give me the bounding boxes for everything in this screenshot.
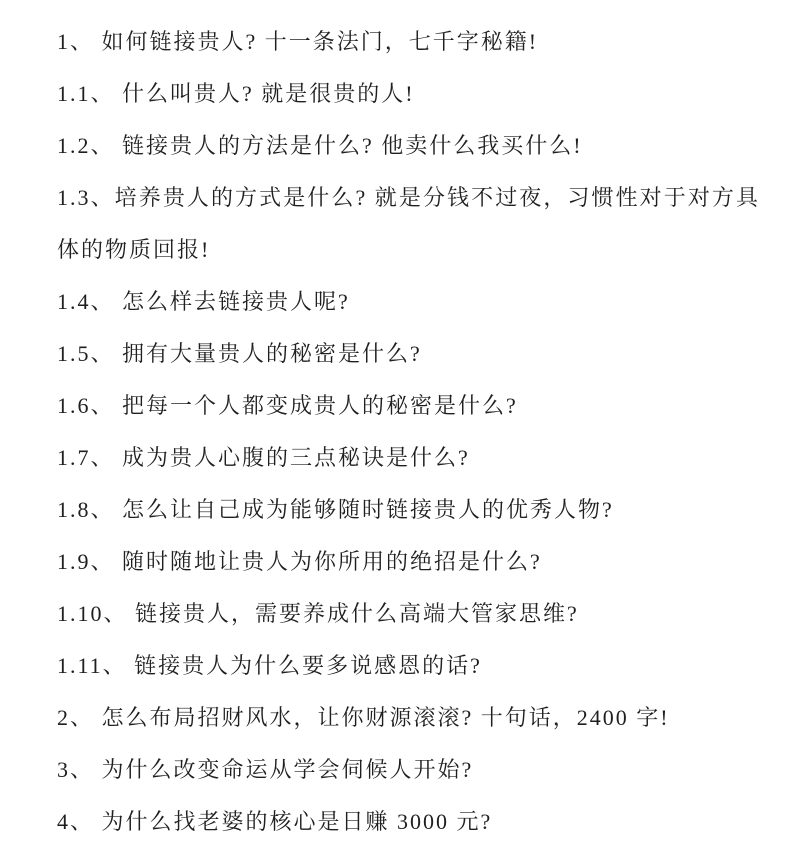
toc-item-1-5: 1.5、 拥有大量贵人的秘密是什么? <box>57 328 760 380</box>
document-page: 1、 如何链接贵人? 十一条法门，七千字秘籍! 1.1、 什么叫贵人? 就是很贵… <box>0 0 785 855</box>
toc-item-1-4: 1.4、 怎么样去链接贵人呢? <box>57 276 760 328</box>
toc-item-1-1: 1.1、 什么叫贵人? 就是很贵的人! <box>57 68 760 120</box>
toc-item-1-8: 1.8、 怎么让自己成为能够随时链接贵人的优秀人物? <box>57 484 760 536</box>
toc-item-3: 3、 为什么改变命运从学会伺候人开始? <box>57 744 760 796</box>
toc-item-1-3: 1.3、培养贵人的方式是什么? 就是分钱不过夜，习惯性对于对方具体的物质回报! <box>57 172 760 276</box>
toc-item-2: 2、 怎么布局招财风水，让你财源滚滚? 十句话，2400 字! <box>57 692 760 744</box>
toc-item-1-9: 1.9、 随时随地让贵人为你所用的绝招是什么? <box>57 536 760 588</box>
toc-item-1-6: 1.6、 把每一个人都变成贵人的秘密是什么? <box>57 380 760 432</box>
toc-item-1-11: 1.11、 链接贵人为什么要多说感恩的话? <box>57 640 760 692</box>
toc-item-1: 1、 如何链接贵人? 十一条法门，七千字秘籍! <box>57 16 760 68</box>
toc-item-1-2: 1.2、 链接贵人的方法是什么? 他卖什么我买什么! <box>57 120 760 172</box>
toc-item-4: 4、 为什么找老婆的核心是日赚 3000 元? <box>57 796 760 848</box>
toc-item-1-10: 1.10、 链接贵人，需要养成什么高端大管家思维? <box>57 588 760 640</box>
toc-item-1-7: 1.7、 成为贵人心腹的三点秘诀是什么? <box>57 432 760 484</box>
